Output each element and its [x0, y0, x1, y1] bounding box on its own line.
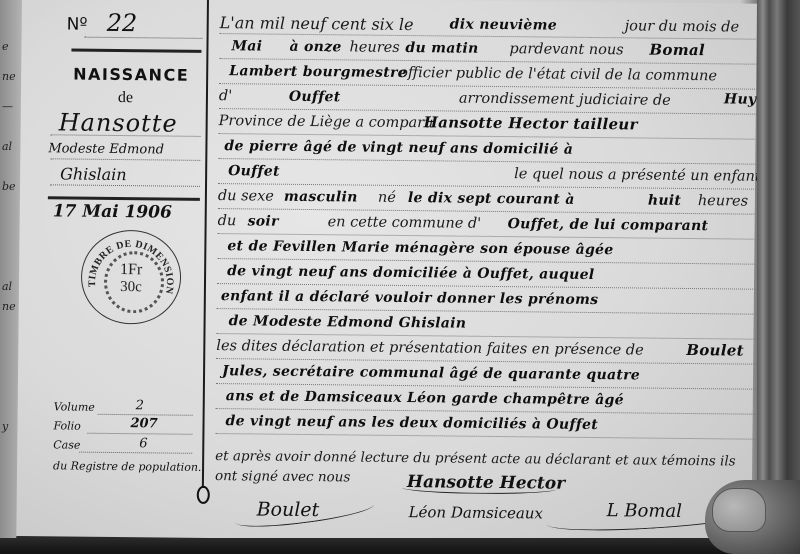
folio-value: 207 — [130, 416, 157, 431]
book-binding — [757, 0, 800, 554]
register-photo: e ne — al be al ne y Nº 22 NAISSANCE de … — [0, 0, 800, 554]
entry-number: 22 — [107, 9, 138, 37]
margin-rule — [202, 0, 209, 488]
divider — [48, 196, 200, 201]
entry-title: NAISSANCE — [73, 65, 189, 85]
thumbnail-fingernail — [712, 488, 766, 532]
register-footer: du Registre de population. — [53, 459, 202, 474]
dotted-rule — [50, 184, 200, 187]
entry-date: 17 Mai 1906 — [53, 201, 172, 222]
case-label: Case — [53, 438, 80, 451]
signatures: Hansotte Hector Boulet Léon Damsiceaux L… — [22, 0, 757, 4]
folio-label: Folio — [53, 419, 80, 432]
population-register-ref: Volume 2 Folio 207 Case 6 du Registre de… — [22, 0, 757, 4]
child-surname: Hansotte — [59, 108, 178, 137]
signature-witness-2: Léon Damsiceaux — [409, 503, 544, 522]
volume-label: Volume — [54, 400, 95, 413]
dotted-rule — [50, 158, 200, 161]
divider — [71, 49, 201, 53]
page-bottom-edge — [0, 538, 800, 554]
entry-title-de: de — [118, 89, 133, 107]
case-value: 6 — [139, 436, 147, 451]
stamp-value-centimes: 30c — [82, 279, 180, 297]
dotted-rule — [85, 37, 203, 39]
stamp-value-francs: 1Fr — [82, 261, 180, 280]
entry-number-label: Nº — [67, 14, 88, 34]
margin-rule-loop — [197, 486, 210, 504]
entry-body: L'an mil neuf cent six le dix neuvième j… — [22, 0, 757, 4]
dotted-rule — [79, 452, 192, 454]
register-page: Nº 22 NAISSANCE de Hansotte Modeste Edmo… — [16, 0, 757, 546]
volume-value: 2 — [136, 398, 144, 413]
dotted-rule — [87, 433, 192, 435]
entry-margin: Nº 22 NAISSANCE de Hansotte Modeste Edmo… — [22, 0, 757, 4]
text-line: de vingt neuf ans les deux domiciliés à … — [215, 408, 775, 440]
tax-stamp: TIMBRE DE DIMENSION 1Fr 30c — [81, 230, 182, 325]
child-given-names-2: Ghislain — [60, 164, 127, 184]
child-given-names-1: Modeste Edmond — [48, 141, 164, 157]
